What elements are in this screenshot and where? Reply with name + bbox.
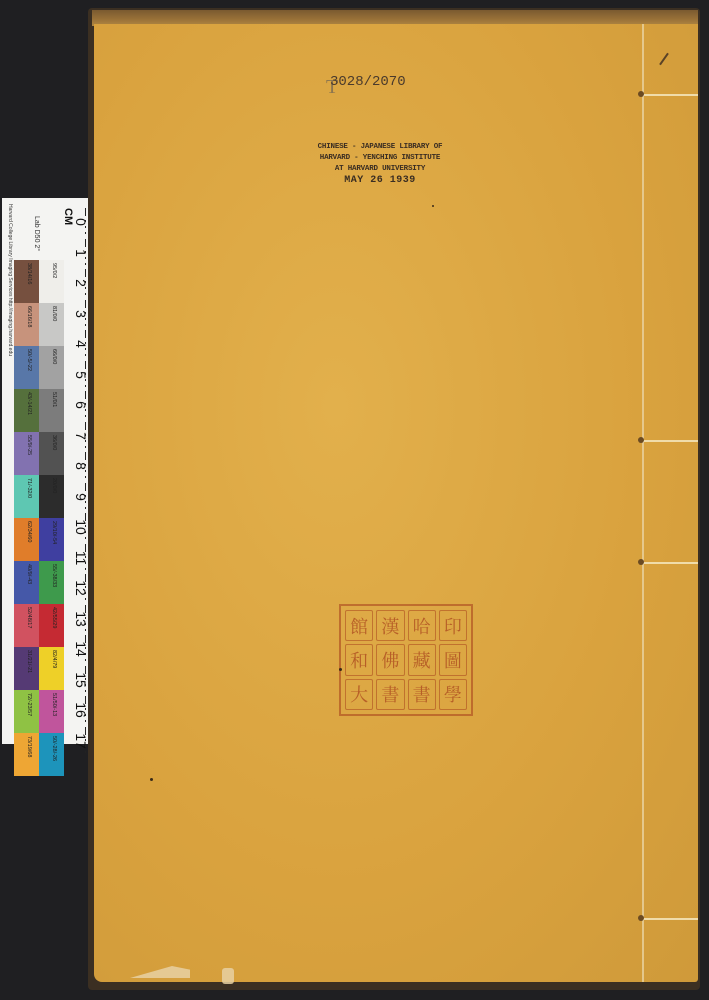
chip-row: 31/21/-2182/4/79 [14,647,64,690]
chip-row: 52/48/1742/55/29 [14,604,64,647]
ruler-tick [85,373,86,375]
chip-label: 51/50/-13 [51,693,57,716]
ruler-tick [85,446,86,448]
ruler-tick [85,611,86,613]
ruler-number: 7 [73,427,89,445]
ruler-tick [85,251,86,253]
ruler-tick [85,653,86,655]
ruler-number: 5 [73,366,89,384]
ruler-tick [85,397,86,399]
ruler-tick [85,659,86,661]
color-chip: 82/4/79 [39,647,64,690]
ruler-number: 6 [73,396,89,414]
ruler-tick [85,525,86,527]
color-chip: 50/-28/-26 [39,733,64,776]
ruler-tick [85,702,86,704]
call-number: 3028/2070 [330,74,406,90]
ruler-tick [85,257,86,259]
stamp-line-2: HARVARD - YENCHING INSTITUTE [300,153,460,164]
library-stamp: CHINESE - JAPANESE LIBRARY OF HARVARD - … [300,142,460,186]
chip-row: 50/-5/-2266/0/0 [14,346,64,389]
stitch-hole [638,91,644,97]
ruler-tick [85,440,86,442]
ruler-tick [85,281,86,283]
ruler-tick [85,226,86,228]
ruler-tick [85,489,86,491]
ruler-number: 2 [73,274,89,292]
ruler-tick [85,580,86,582]
cover-wear [222,968,234,984]
ruler-tick [85,733,86,735]
chip-row: 38/14/1695/0/2 [14,260,64,303]
stamp-date: MAY 26 1939 [300,175,460,186]
ruler-tick [85,336,86,338]
speck [339,668,342,671]
ruler-number: 8 [73,457,89,475]
seal-character: 和 [345,644,373,675]
ruler-tick [85,550,86,552]
chip-label: 55/9/-25 [26,435,32,455]
chip-row: 40/9/-4355/-38/33 [14,561,64,604]
ruler-tick [85,464,86,466]
ruler-tick [85,287,86,289]
seal-character: 圖 [439,644,467,675]
color-chip: 20/0/0 [39,475,64,518]
binding-stitch [642,918,698,920]
chip-label: 20/0/0 [51,478,57,493]
ruler-tick [85,672,86,674]
stamp-line-1: CHINESE - JAPANESE LIBRARY OF [300,142,460,153]
chip-label: 71/-32/0 [26,478,32,498]
seal-character: 藏 [408,644,436,675]
ruler-tick [85,275,86,277]
color-chip: 95/0/2 [39,260,64,303]
ruler-tick [85,470,86,472]
ruler-tick [85,415,86,417]
ruler-number: 16 [73,701,89,719]
chip-label: 42/55/29 [51,607,57,628]
chip-label: 31/21/-21 [26,650,32,673]
color-calibration-target: Harvard College Library Imaging Services… [2,198,92,744]
color-chip: 73/19/68 [14,733,39,776]
color-chip: 51/0/1 [39,389,64,432]
ruler-tick [85,434,86,436]
chip-label: 52/48/17 [26,607,32,628]
binding-stitch [642,440,698,442]
ruler-tick [85,598,86,600]
ruler-tick [85,537,86,539]
chip-label: 72/-23/57 [26,693,32,716]
imaging-credit: Harvard College Library Imaging Services… [2,198,14,744]
color-chip: 43/-14/21 [14,389,39,432]
color-chip: 52/48/17 [14,604,39,647]
ruler-tick [85,647,86,649]
seal-character: 書 [408,679,436,710]
color-chip: 31/21/-21 [14,647,39,690]
chip-label: 50/-28/-26 [51,736,57,761]
ruler-tick [85,428,86,430]
ruler-tick [85,342,86,344]
color-chip: 71/-32/0 [14,475,39,518]
chip-label: 95/0/2 [51,263,57,278]
ruler-tick [85,507,86,509]
ruler-tick [85,617,86,619]
ruler-number: 17 [73,732,89,750]
stitch-hole [638,437,644,443]
chip-row: 71/-32/020/0/0 [14,475,64,518]
chip-label: 29/10/-54 [51,521,57,544]
chip-row: 43/-14/2151/0/1 [14,389,64,432]
ruler-tick [85,531,86,533]
binding-stitch [642,562,698,564]
chip-label: 62/34/60 [26,521,32,542]
ruler-tick [85,745,86,747]
ruler-number: 15 [73,671,89,689]
seal-character: 佛 [376,644,404,675]
ruler-number: 14 [73,640,89,658]
ruler-tick [85,739,86,741]
seal-character: 印 [439,610,467,641]
ruler-tick [85,568,86,570]
stamp-line-3: AT HARVARD UNIVERSITY [300,164,460,175]
ruler-tick [85,403,86,405]
ruler-tick [85,690,86,692]
chip-label: 82/4/79 [51,650,57,668]
ruler-tick [85,519,86,521]
ruler-number: 1 [73,244,89,262]
ruler-number: 12 [73,579,89,597]
color-chip: 38/14/16 [14,260,39,303]
ruler-tick [85,641,86,643]
ruler-tick [85,562,86,564]
chip-row: 66/16/1881/0/0 [14,303,64,346]
ruler-tick [85,592,86,594]
ruler-tick [85,678,86,680]
seal-character: 書 [376,679,404,710]
stitch-hole [638,559,644,565]
color-chips: 38/14/1695/0/266/16/1881/0/050/-5/-2266/… [14,260,64,776]
chip-label: 50/-5/-22 [26,349,32,371]
seal-character: 大 [345,679,373,710]
lab-label: Lab D50 2° [33,216,40,251]
ruler-tick [85,354,86,356]
chip-row: 72/-23/5751/50/-13 [14,690,64,733]
library-seal: 館漢哈印和佛藏圖大書書學 [339,604,473,716]
color-chip: 66/0/0 [39,346,64,389]
ruler-number: 9 [73,488,89,506]
ruler-number: 10 [73,518,89,536]
color-chip: 72/-23/57 [14,690,39,733]
ruler-tick [85,318,86,320]
chip-row: 55/9/-2536/0/0 [14,432,64,475]
ruler-tick [85,293,86,295]
ruler-tick [85,629,86,631]
binding-fold [642,24,644,982]
color-chip: 36/0/0 [39,432,64,475]
ruler-number: 3 [73,305,89,323]
ruler-tick [85,708,86,710]
stitch-hole [638,915,644,921]
chip-label: 66/0/0 [51,349,57,364]
color-chip: 66/16/18 [14,303,39,346]
color-chip: 55/-38/33 [39,561,64,604]
color-chip: 50/-5/-22 [14,346,39,389]
chip-label: 73/19/68 [26,736,32,757]
speck [432,205,434,207]
ruler-tick [85,306,86,308]
chip-row: 62/34/6029/10/-54 [14,518,64,561]
ruler-tick [85,501,86,503]
ruler-tick [85,367,86,369]
color-chip: 62/34/60 [14,518,39,561]
chip-label: 38/14/16 [26,263,32,284]
ruler-number: 4 [73,335,89,353]
ruler-tick [85,586,86,588]
ruler-tick [85,379,86,381]
ruler-tick [85,720,86,722]
color-chip: 81/0/0 [39,303,64,346]
ruler-tick [85,476,86,478]
ruler-number: 11 [73,549,89,567]
color-chip: 40/9/-43 [14,561,39,604]
ruler-number: 13 [73,610,89,628]
ruler-tick [85,324,86,326]
ruler-tick [85,623,86,625]
seal-character: 館 [345,610,373,641]
ruler-tick [85,495,86,497]
seal-character: 學 [439,679,467,710]
color-chip: 51/50/-13 [39,690,64,733]
chip-label: 36/0/0 [51,435,57,450]
seal-characters: 館漢哈印和佛藏圖大書書學 [345,610,467,710]
ruler-tick [85,220,86,222]
ruler-number: 0 [73,213,89,231]
chip-label: 51/0/1 [51,392,57,407]
chip-label: 43/-14/21 [26,392,32,415]
ruler-tick [85,214,86,216]
ruler-tick [85,385,86,387]
chip-label: 81/0/0 [51,306,57,321]
ruler-tick [85,684,86,686]
seal-character: 哈 [408,610,436,641]
chip-label: 55/-38/33 [51,564,57,587]
ruler-tick [85,348,86,350]
ruler-tick [85,245,86,247]
ruler-tick [85,263,86,265]
chip-row: 73/19/6850/-28/-26 [14,733,64,776]
ruler-tick [85,751,86,753]
chip-label: 66/16/18 [26,306,32,327]
binding-stitch [642,94,698,96]
ruler-tick [85,232,86,234]
ruler-tick [85,556,86,558]
ruler-tick [85,714,86,716]
color-chip: 55/9/-25 [14,432,39,475]
chip-label: 40/9/-43 [26,564,32,584]
color-chip: 29/10/-54 [39,518,64,561]
ruler-tick [85,312,86,314]
color-chip: 42/55/29 [39,604,64,647]
ruler-tick [85,409,86,411]
seal-character: 漢 [376,610,404,641]
speck [150,778,153,781]
ruler-tick [85,458,86,460]
